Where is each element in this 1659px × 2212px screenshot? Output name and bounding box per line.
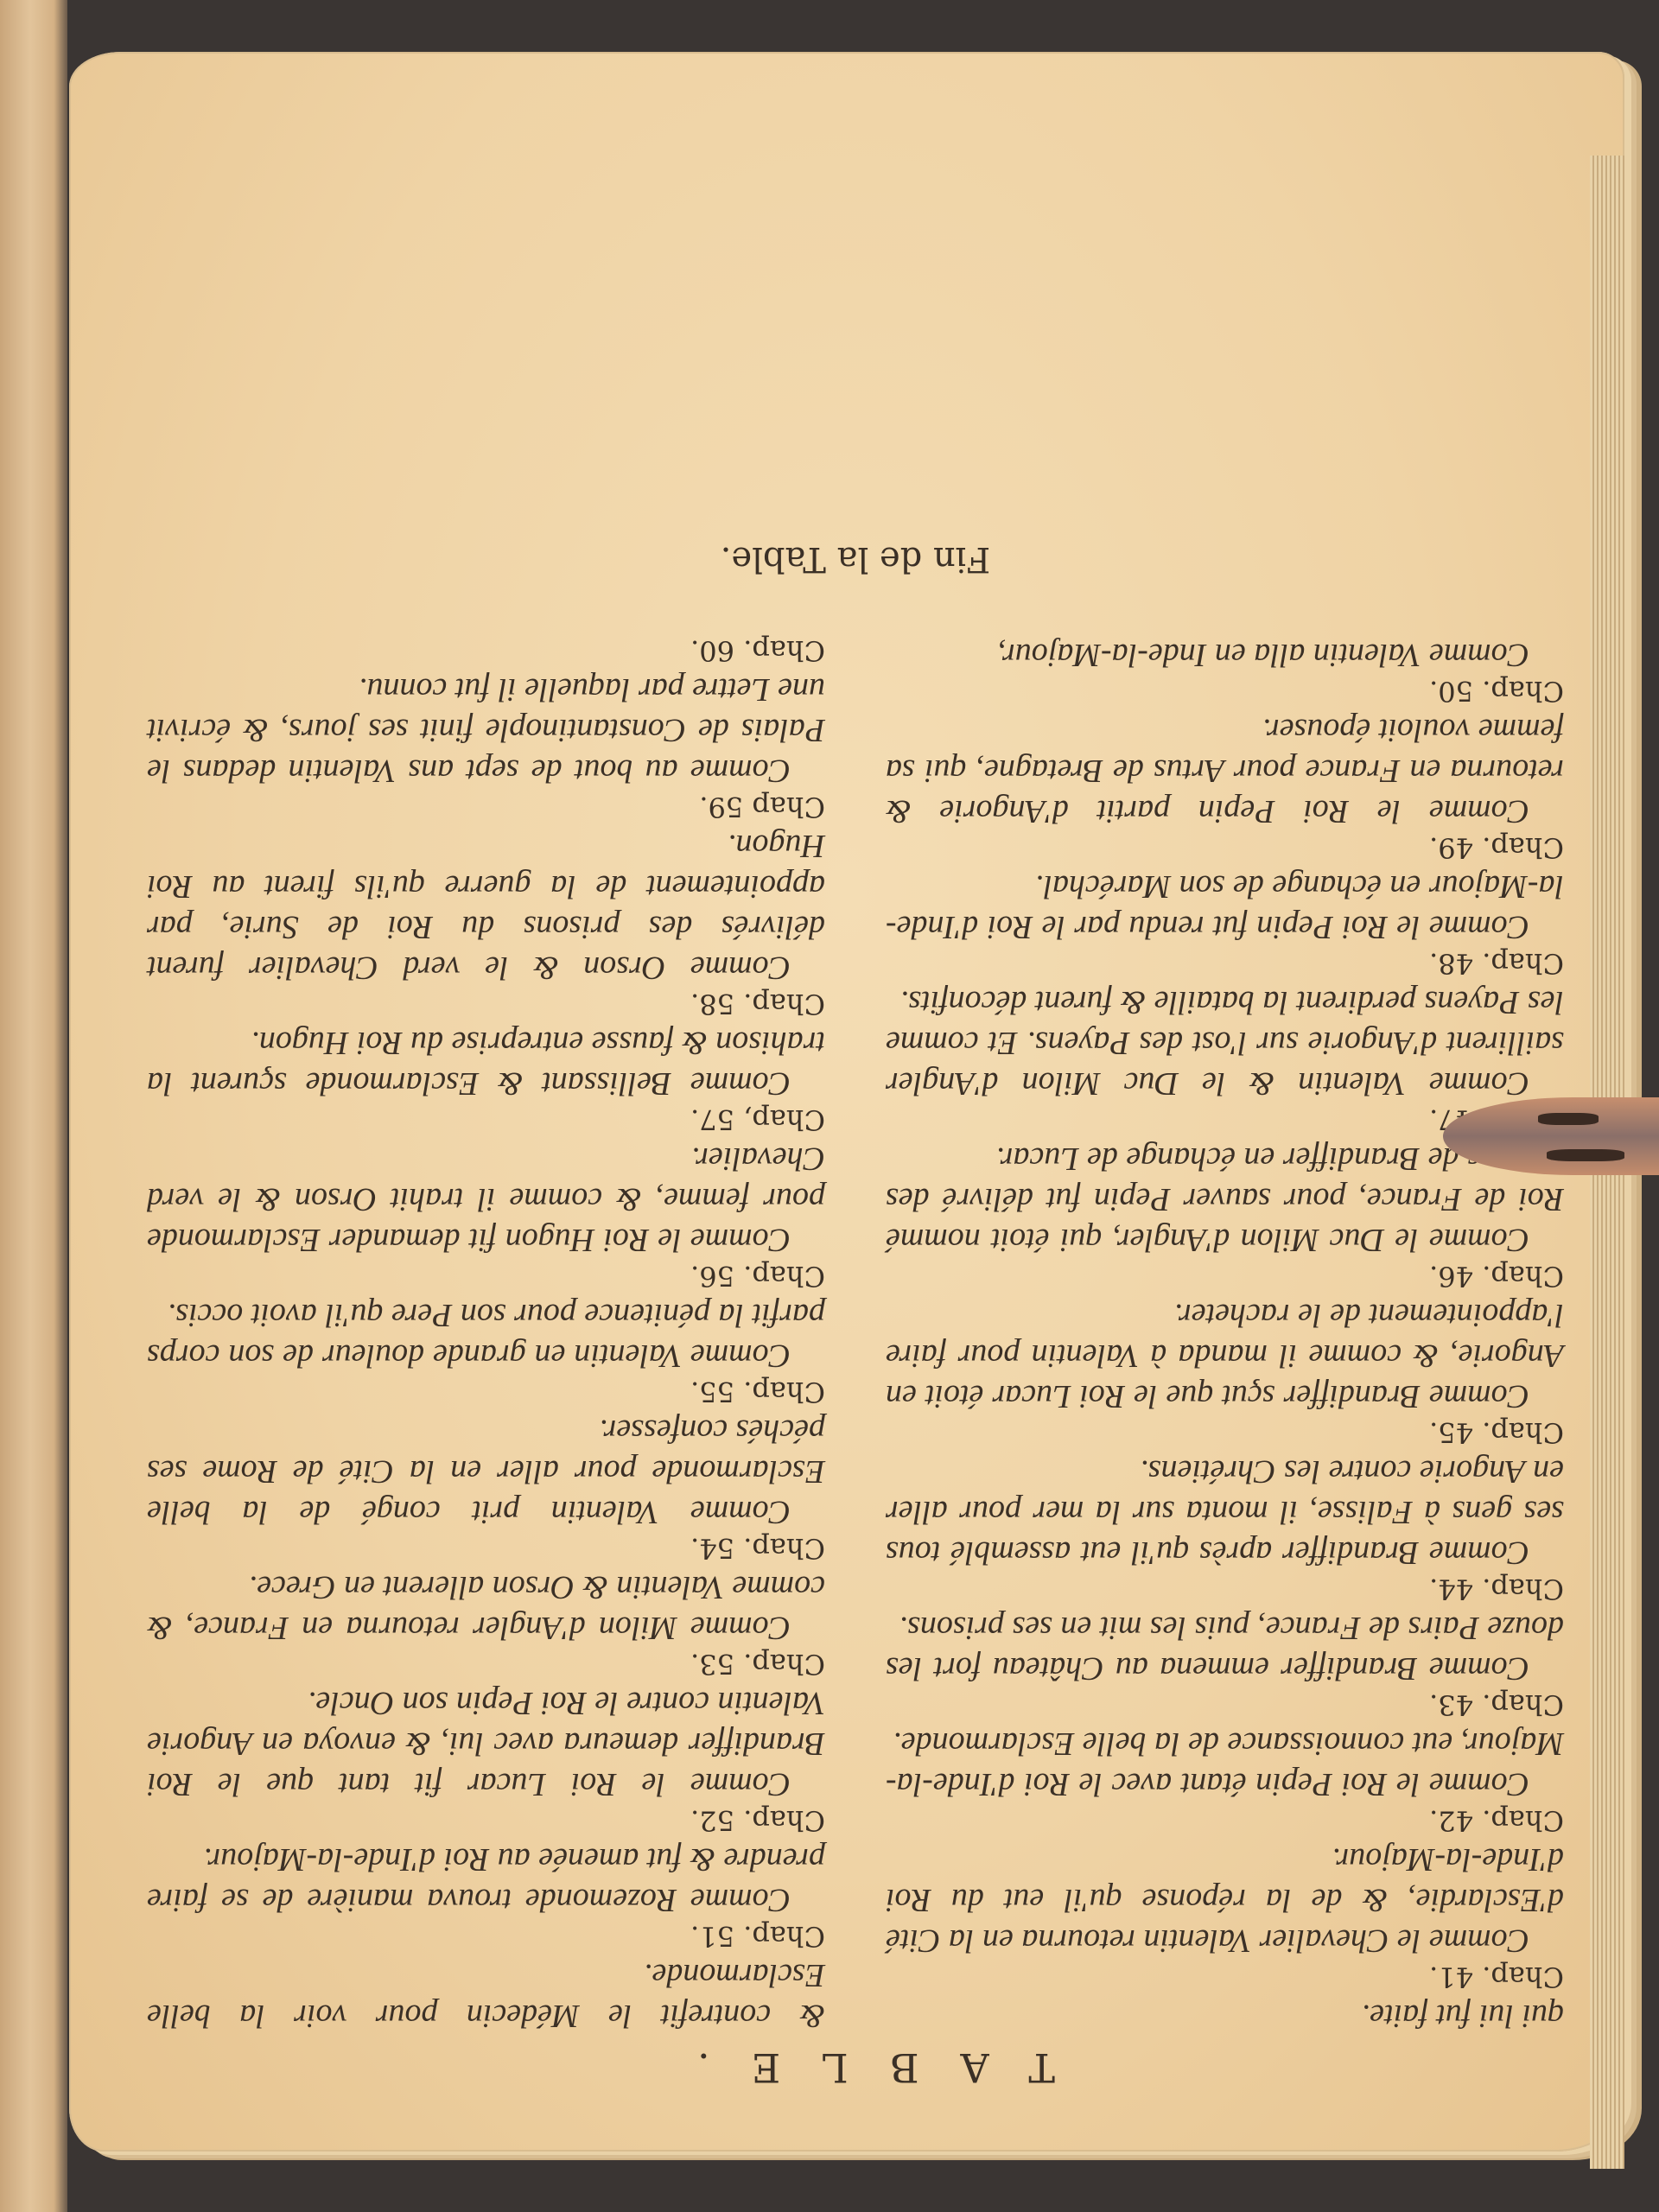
chapter-description: Comme le Roi Pepin étant avec le Roi d'I… [886, 1723, 1564, 1804]
chapter-description: Comme au bout de sept ans Valentin dedan… [147, 669, 825, 791]
chapter-number: Chap. 42. [886, 1804, 1564, 1837]
chapter-number: Chap. 53. [147, 1648, 825, 1681]
book-binding [0, 0, 67, 2212]
chapter-number: Chap. 49. [886, 831, 1564, 864]
entry-continuation: & contrefit le Médecin pour voir la bell… [147, 1955, 825, 2036]
chapter-number: Chap. 54. [147, 1532, 825, 1565]
table-heading: TABLE. [147, 2044, 1564, 2091]
entry-continuation: qui lui fut faite. [886, 1995, 1564, 2036]
chapter-number: Chap. 44. [886, 1573, 1564, 1605]
chapter-number: Chap, 57. [147, 1103, 825, 1136]
left-column: qui lui fut faite. Chap. 41. Comme le Ch… [886, 634, 1564, 2036]
chapter-number: Chap. 48. [886, 947, 1564, 980]
chapter-number: Chap. 56. [147, 1260, 825, 1293]
chapter-number: Chap. 41. [886, 1961, 1564, 1993]
chapter-description: Comme Milon d'Angler retourna en France,… [147, 1567, 825, 1648]
right-column: & contrefit le Médecin pour voir la bell… [147, 634, 825, 2036]
chapter-number: Chap. 58. [147, 988, 825, 1020]
chapter-description: Comme le Roi Pepin fut rendu par le Roi … [886, 866, 1564, 947]
chapter-description: Comme Valentin prit congé de la belle Es… [147, 1410, 825, 1532]
chapter-number: Chap. 52. [147, 1804, 825, 1837]
chapter-description: Comme Brandiffer après qu'il eut assembl… [886, 1451, 1564, 1573]
chapter-number: Chap. 55. [147, 1376, 825, 1408]
chapter-number: Chap. 60. [147, 634, 825, 667]
chapter-description: Comme le Chevalier Valentin retourna en … [886, 1839, 1564, 1961]
chapter-number: Chap. 46. [886, 1260, 1564, 1293]
chapter-number: Chap. 45. [886, 1416, 1564, 1449]
chapter-description: Comme Orson & le verd Chevalier furent d… [147, 825, 825, 988]
chapter-description: Comme Valentin & le Duc Milon d'Angler s… [886, 982, 1564, 1103]
chapter-description: Comme Bellissant & Esclarmonde sçurent l… [147, 1022, 825, 1103]
chapter-description: Comme Brandiffer sçut que le Roi Lucar é… [886, 1294, 1564, 1416]
book-page: TABLE. qui lui fut faite. Chap. 41. Comm… [69, 52, 1624, 2152]
end-of-table: Fin de la Table. [147, 539, 1564, 579]
chapter-number: Chap 59. [147, 791, 825, 823]
chapter-number: Chap. 43. [886, 1688, 1564, 1721]
chapter-description: Comme Rozemonde trouva manière de se fai… [147, 1839, 825, 1920]
chapter-description: Comme Valentin alla en Inde-la-Majour, [886, 634, 1564, 675]
page-content-rotated: TABLE. qui lui fut faite. Chap. 41. Comm… [69, 52, 1624, 2152]
chapter-description: Comme Brandiffer emmena au Château fort … [886, 1607, 1564, 1688]
chapter-description: Comme le Roi Hugon fit demander Esclarmo… [147, 1138, 825, 1260]
chapter-number: Chap. 50. [886, 675, 1564, 708]
chapter-description: Comme le Roi Pepin partit d'Angorie & re… [886, 709, 1564, 831]
chapter-description: Comme Valentin en grande douleur de son … [147, 1294, 825, 1376]
chapter-number: Chap. 51. [147, 1920, 825, 1953]
chapter-description: Comme le Roi Lucar fit tant que le Roi B… [147, 1682, 825, 1804]
